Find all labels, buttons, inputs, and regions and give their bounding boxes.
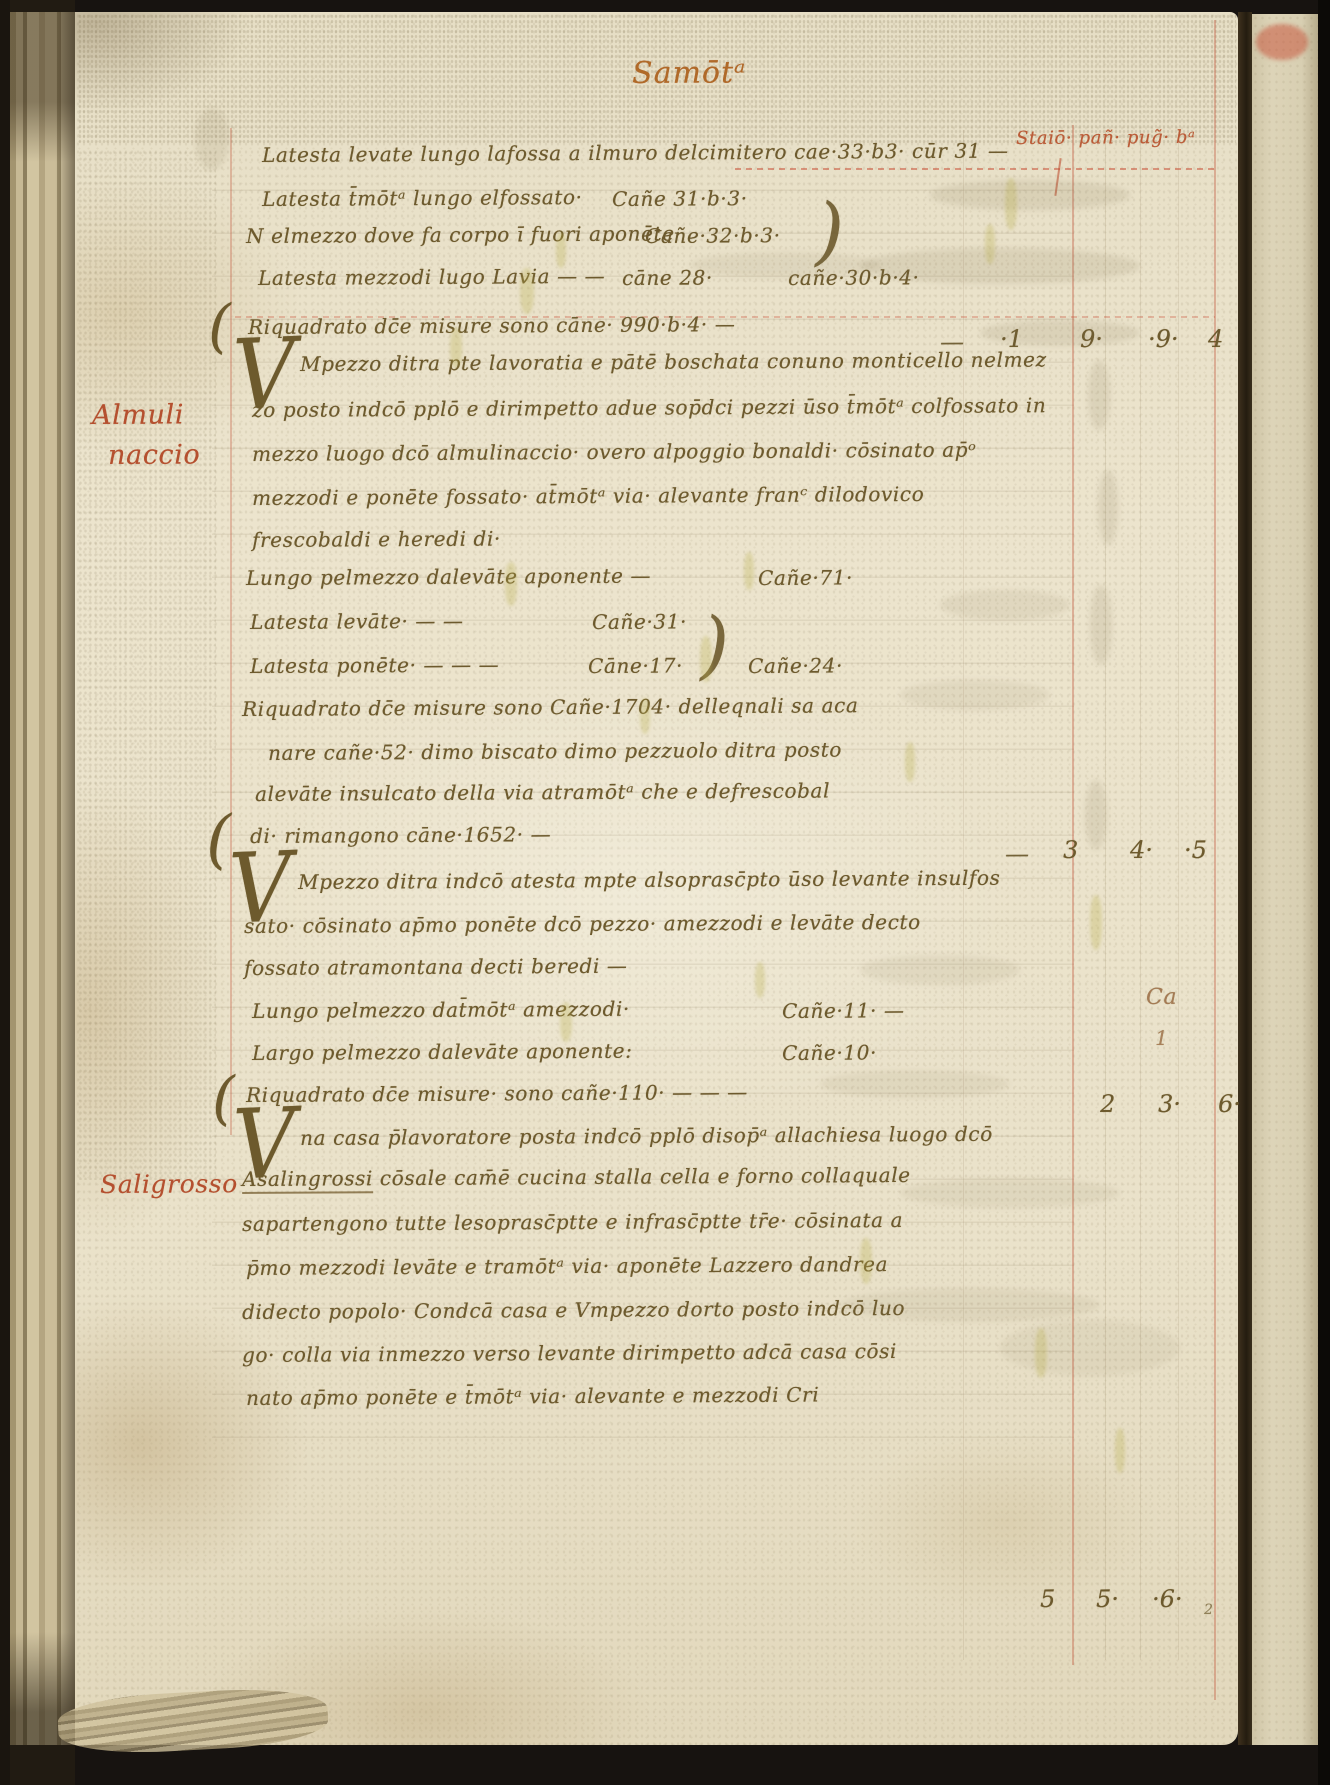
column-rule-2 bbox=[1214, 20, 1216, 1700]
bleedthrough-smudge bbox=[860, 955, 1020, 985]
paragraph-1-line-1: Mpezzo ditra pte lavoratia e pātē boscha… bbox=[300, 347, 1047, 376]
stain-drip bbox=[520, 268, 534, 314]
total-small-mark: 2 bbox=[1204, 1602, 1214, 1618]
crease-line-2 bbox=[1105, 130, 1106, 1660]
total-pugnora-1: ·9· bbox=[1148, 325, 1179, 353]
parchment-speckle-left bbox=[78, 150, 216, 1180]
column-rule-1 bbox=[1072, 125, 1074, 1665]
stain-drip bbox=[985, 224, 995, 264]
book-page-stack-left bbox=[10, 12, 75, 1745]
total-braccia-1: 4 bbox=[1208, 325, 1223, 353]
stain-drip bbox=[505, 562, 517, 606]
entry-line-3: N elmezzo dove fa corpo ī fuori aponēte· bbox=[246, 221, 682, 248]
page-header-title: Samōtᵃ bbox=[632, 55, 746, 91]
stain-drip bbox=[860, 1238, 872, 1284]
entry-line-1: Latesta levate lungo lafossa a ilmuro de… bbox=[262, 138, 1009, 167]
entry-line-16: alevāte insulcato della via atramōtᵃ che… bbox=[255, 778, 830, 806]
paragraph-3-line-3: sapartengono tutte lesoprasc̄ptte e infr… bbox=[242, 1208, 903, 1236]
stain-drip bbox=[755, 962, 765, 998]
total-pugnora-3: 6· bbox=[1218, 1090, 1241, 1118]
bleedthrough-smudge bbox=[980, 320, 1140, 346]
entry-line-11: Lungo pelmezzo dalevāte aponente — bbox=[246, 564, 651, 590]
margin-note-saligrosso: Saligrosso bbox=[100, 1169, 238, 1199]
scan-border-right bbox=[1318, 0, 1330, 1785]
margin-fragment-ca: Ca bbox=[1146, 985, 1177, 1010]
entry-line-4: Latesta mezzodi lugo Lavia — — bbox=[258, 264, 605, 290]
bleedthrough-smudge bbox=[1085, 780, 1107, 850]
next-page-edge bbox=[1252, 14, 1318, 1745]
bleedthrough-smudge bbox=[860, 248, 1140, 284]
paragraph-1-line-3: mezzo luogo dcō almulinaccio· overo alpo… bbox=[252, 438, 976, 466]
stain-drip bbox=[744, 552, 754, 590]
red-ink-smudge bbox=[1256, 24, 1308, 60]
total-dash: — bbox=[1005, 840, 1029, 868]
crease-line-4 bbox=[1178, 130, 1179, 1660]
margin-fragment-1: 1 bbox=[1155, 1026, 1168, 1050]
paragraph-3-line-2: Asalingrossi cōsale cam̄ē cucina stalla … bbox=[242, 1163, 911, 1191]
bleedthrough-smudge bbox=[930, 180, 1130, 210]
manuscript-scan: Samōtᵃ Staiō· pañ· pug̃· bᵃ Almuli nacci… bbox=[0, 0, 1330, 1785]
entry-line-23: Riquadrato dc̄e misure· sono cañe·110· —… bbox=[246, 1080, 748, 1107]
total-staio-4: 5 bbox=[1040, 1585, 1055, 1613]
paragraph-3-line-5: didecto popolo· Condcā casa e Vmpezzo do… bbox=[242, 1296, 905, 1324]
measure-line-13a: Cāne·17· bbox=[588, 653, 683, 678]
red-rule-top bbox=[735, 168, 1215, 170]
entry-line-13: Latesta ponēte· — — — bbox=[250, 652, 499, 678]
bleedthrough-smudge bbox=[1000, 1320, 1180, 1376]
paragraph-1-line-4: mezzodi e ponēte fossato· at̄mōtᵃ via· a… bbox=[252, 482, 924, 510]
bleedthrough-smudge bbox=[690, 252, 880, 278]
measure-line-11: Cañe·71· bbox=[758, 565, 853, 590]
stain-drip bbox=[1005, 178, 1017, 230]
entry-line-17: di· rimangono cāne·1652· — bbox=[250, 822, 551, 848]
measure-line-12: Cañe·31· bbox=[592, 609, 687, 634]
entry-line-5: Riquadrato dc̄e misure sono cāne· 990·b·… bbox=[248, 312, 735, 339]
entry-line-15: nare cañe·52· dimo biscato dimo pezzuolo… bbox=[268, 737, 842, 765]
total-staio-3: 2 bbox=[1100, 1090, 1115, 1118]
stain-drip bbox=[640, 698, 650, 734]
brace-riquadrato-1: ( bbox=[208, 300, 232, 352]
paragraph-3-line-4: p̄mo mezzodi levāte e tramōtᵃ via· aponē… bbox=[246, 1252, 888, 1280]
measure-line-3: Cañe·32·b·3· bbox=[645, 223, 781, 248]
entry-line-22: Largo pelmezzo dalevāte aponente: bbox=[252, 1039, 633, 1065]
stain-drip bbox=[700, 636, 712, 682]
crease-line-3 bbox=[1140, 130, 1141, 1660]
underlined-place-name: Asalingrossi bbox=[242, 1166, 373, 1194]
entry-line-14: Riquadrato dc̄e misure sono Cañe·1704· d… bbox=[242, 693, 858, 721]
total-staio-2: 3 bbox=[1063, 836, 1078, 864]
paragraph-3-line-2-rest: cōsale cam̄ē cucina stalla cella e forno… bbox=[380, 1163, 911, 1190]
bleedthrough-smudge bbox=[1090, 585, 1112, 665]
stain-drip bbox=[450, 328, 462, 368]
stain-drip bbox=[1115, 1428, 1125, 1473]
stain-drip bbox=[560, 1002, 572, 1042]
stain-drip bbox=[556, 232, 566, 268]
stain-drip bbox=[1090, 895, 1102, 950]
margin-note-almulinaccio-2: naccio bbox=[108, 439, 200, 471]
measure-line-21: Cañe·11· — bbox=[782, 998, 905, 1023]
total-pugnora-4: ·6· bbox=[1152, 1585, 1183, 1613]
paragraph-3-line-1: na casa p̄lavoratore posta indcō pplō di… bbox=[300, 1122, 993, 1150]
entry-line-21: Lungo pelmezzo dat̄mōtᵃ amezzodi· bbox=[252, 997, 630, 1023]
paragraph-3-line-7: nato ap̄mo ponēte e t̄mōtᵃ via· alevante… bbox=[246, 1382, 819, 1410]
total-panora-4: 5· bbox=[1096, 1585, 1119, 1613]
paragraph-2-line-2: sato· cōsinato ap̄mo ponēte dcō pezzo· a… bbox=[244, 910, 921, 938]
bleedthrough-smudge bbox=[1088, 360, 1110, 430]
stain-drip bbox=[905, 742, 915, 782]
entry-line-2: Latesta t̄mōtᵃ lungo elfossato· bbox=[262, 185, 583, 211]
stain-drip bbox=[1035, 1328, 1047, 1378]
paragraph-2-line-1: Mpezzo ditra indcō atesta mpte alsoprasc… bbox=[298, 866, 1001, 894]
measure-line-22: Cañe·10· bbox=[782, 1040, 877, 1065]
entry-line-12: Latesta levāte· — — bbox=[250, 609, 464, 634]
bleedthrough-smudge bbox=[940, 590, 1070, 620]
bleedthrough-smudge bbox=[840, 1288, 1100, 1322]
bleedthrough-smudge bbox=[1098, 470, 1118, 545]
total-panora-3: 3· bbox=[1158, 1090, 1181, 1118]
paragraph-2-line-3: fossato atramontana decti beredi — bbox=[244, 954, 628, 980]
bleedthrough-smudge bbox=[820, 1070, 1010, 1098]
total-pugnora-2: ·5 bbox=[1184, 836, 1207, 864]
paragraph-3-line-6: go· colla via inmezzo verso levante diri… bbox=[242, 1339, 897, 1367]
margin-note-almulinaccio-1: Almuli bbox=[92, 399, 184, 431]
total-panora-2: 4· bbox=[1130, 836, 1153, 864]
paragraph-1-line-5: frescobaldi e heredi di· bbox=[252, 526, 501, 552]
column-headers: Staiō· pañ· pug̃· bᵃ bbox=[1016, 127, 1196, 149]
measure-line-2: Cañe 31·b·3· bbox=[612, 186, 748, 211]
bleedthrough-smudge bbox=[900, 680, 1050, 710]
bleedthrough-smudge bbox=[195, 108, 229, 170]
measure-line-13b: Cañe·24· bbox=[748, 653, 843, 678]
bleedthrough-smudge bbox=[900, 1178, 1120, 1208]
paragraph-1-line-2: zo posto indcō pplō e dirimpetto adue so… bbox=[252, 393, 1046, 422]
page-gutter-shadow bbox=[1238, 12, 1252, 1745]
margin-rule-left bbox=[230, 128, 232, 1135]
